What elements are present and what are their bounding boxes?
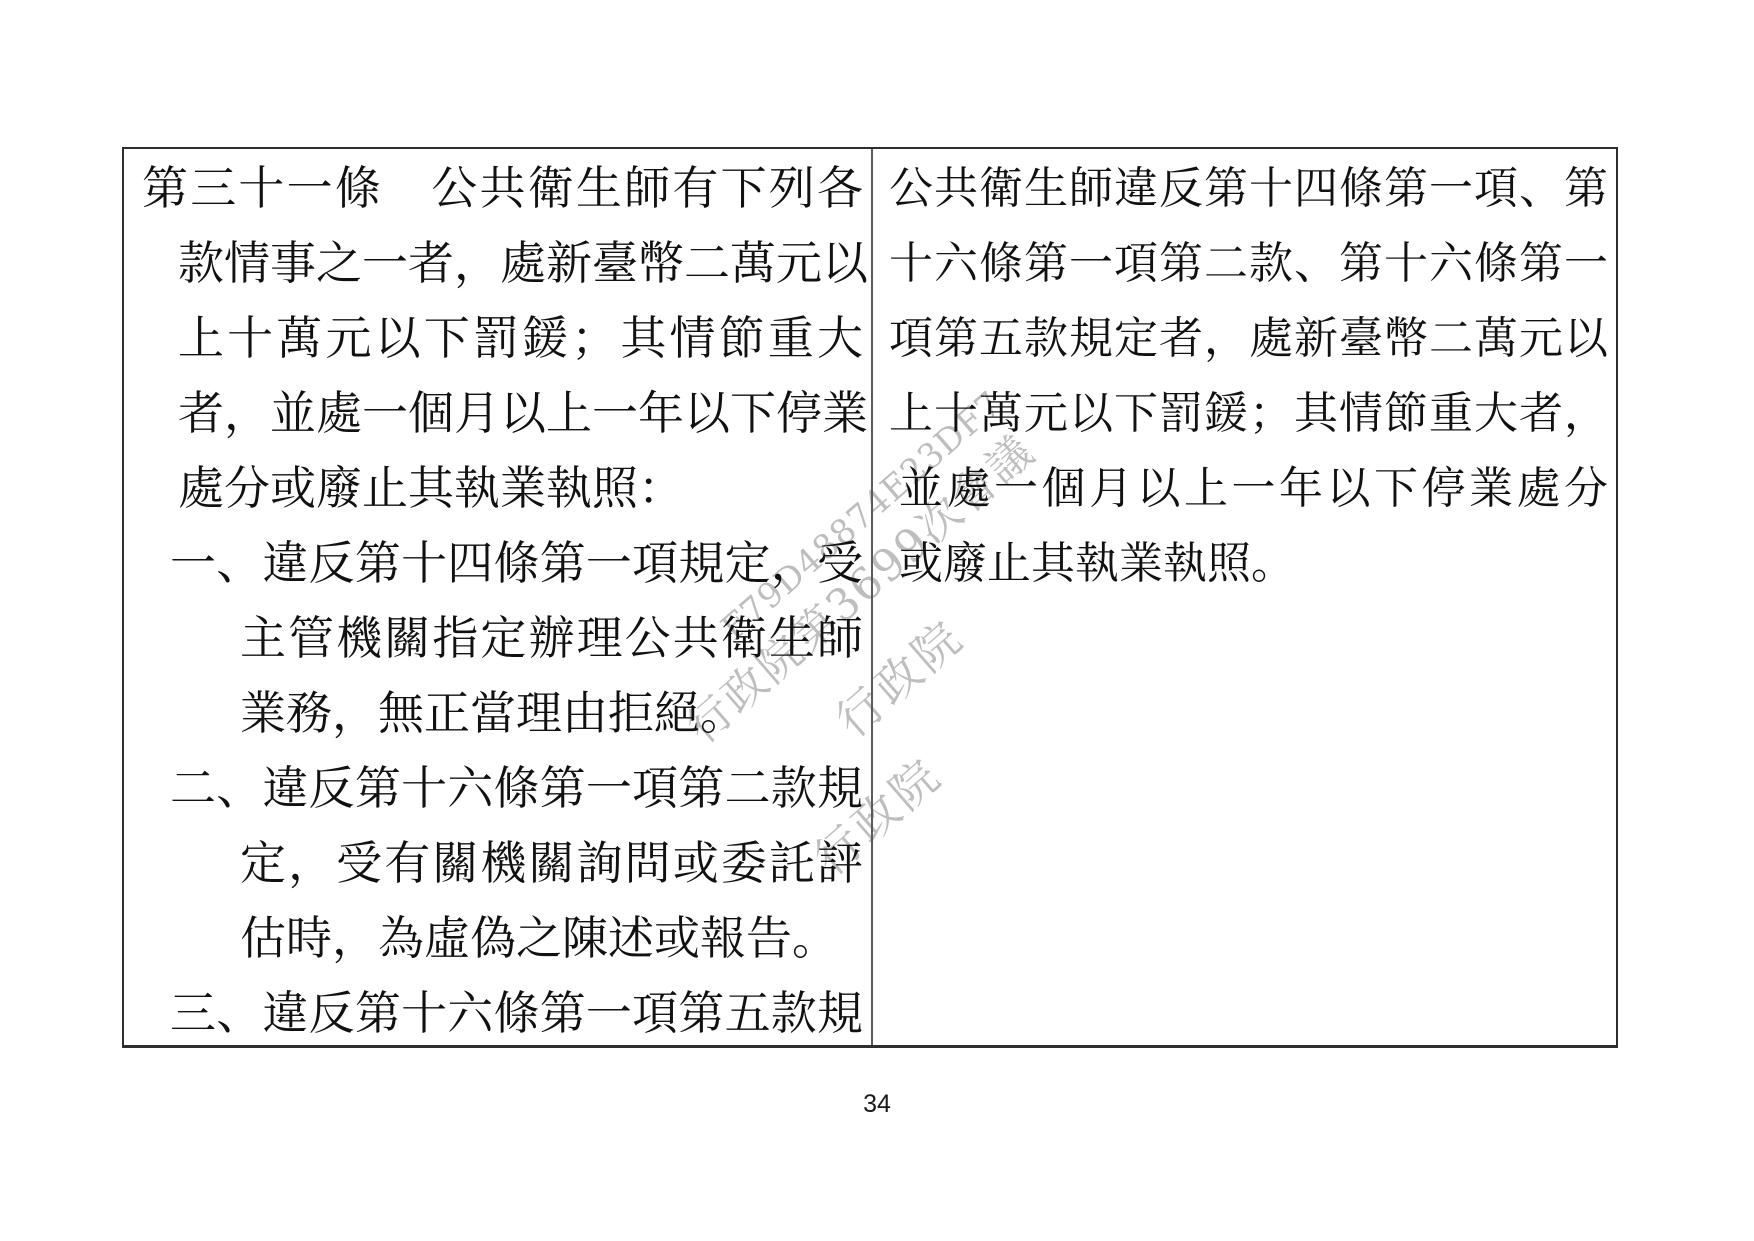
text-line: 業務，無正當理由拒絕。 — [124, 676, 871, 751]
text-line: 三、違反第十六條第一項第五款規 — [124, 976, 871, 1045]
text-line: 或廢止其執業執照。 — [873, 526, 1616, 601]
text-line: 主管機關指定辦理公共衛生師 — [124, 601, 871, 676]
left-column-draft-provision: 第三十一條 公共衛生師有下列各款情事之一者，處新臺幣二萬元以上十萬元以下罰鍰；其… — [124, 149, 873, 1045]
document-page: F79D48874E23DF7 行政院第3699次會議 行政院 行政院 第三十一… — [0, 0, 1754, 1241]
text-line: 款情事之一者，處新臺幣二萬元以 — [124, 226, 871, 301]
law-comparison-table: 第三十一條 公共衛生師有下列各款情事之一者，處新臺幣二萬元以上十萬元以下罰鍰；其… — [122, 147, 1618, 1048]
right-column-explanation: 公共衛生師違反第十四條第一項、第十六條第一項第二款、第十六條第一項第五款規定者，… — [873, 149, 1616, 1045]
text-line: 一、違反第十四條第一項規定，受 — [124, 526, 871, 601]
text-line: 估時，為虛偽之陳述或報告。 — [124, 901, 871, 976]
page-number: 34 — [0, 1090, 1754, 1119]
text-line: 項第五款規定者，處新臺幣二萬元以 — [873, 301, 1616, 376]
text-line: 定，受有關機關詢問或委託評 — [124, 826, 871, 901]
text-line: 上十萬元以下罰鍰；其情節重大者， — [873, 376, 1616, 451]
text-line: 者，並處一個月以上一年以下停業 — [124, 376, 871, 451]
text-line: 處分或廢止其執業執照： — [124, 451, 871, 526]
text-line: 第三十一條 公共衛生師有下列各 — [124, 151, 871, 226]
text-line: 公共衛生師違反第十四條第一項、第 — [873, 151, 1616, 226]
text-line: 並處一個月以上一年以下停業處分 — [873, 451, 1616, 526]
text-line: 十六條第一項第二款、第十六條第一 — [873, 226, 1616, 301]
text-line: 二、違反第十六條第一項第二款規 — [124, 751, 871, 826]
text-line: 上十萬元以下罰鍰；其情節重大 — [124, 301, 871, 376]
